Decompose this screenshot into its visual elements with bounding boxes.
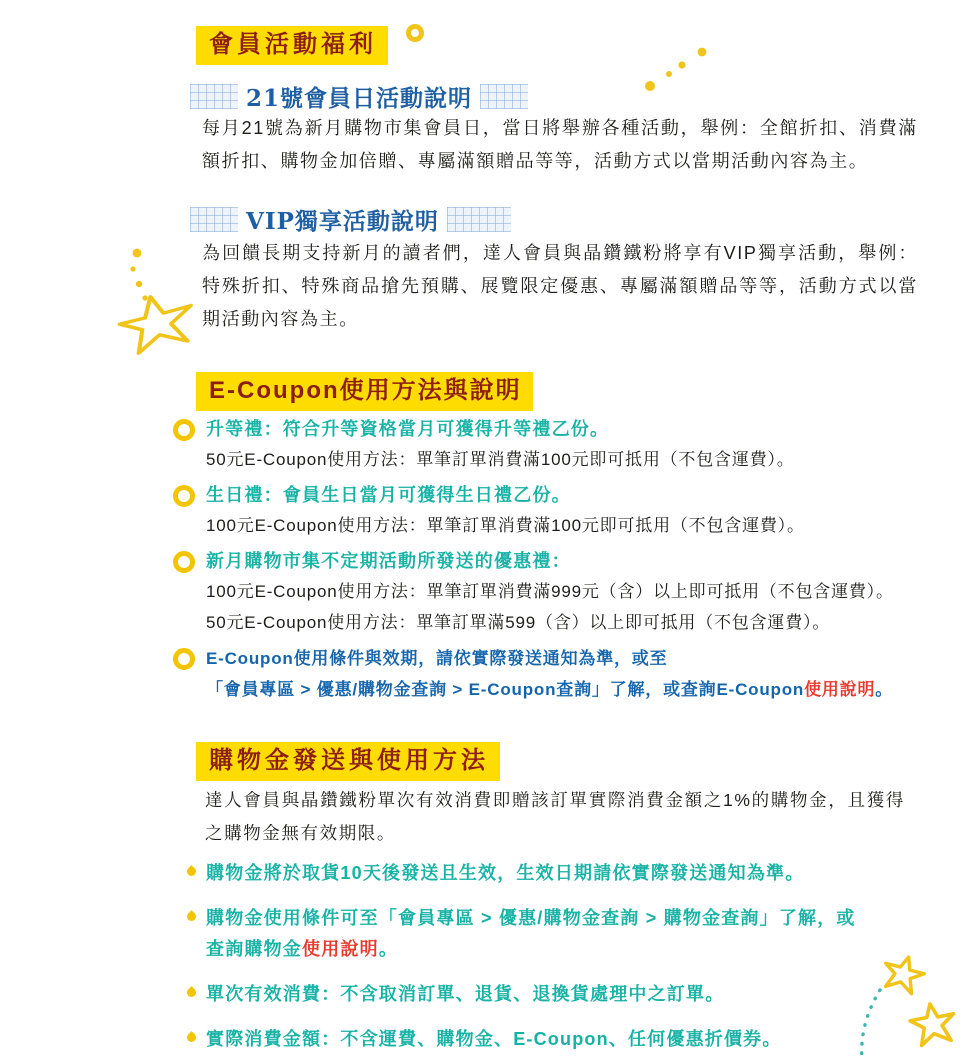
credit-bullet-text: 購物金將於取貨10天後發送且生效，生效日期請依實際發送通知為準。 <box>206 858 804 889</box>
list-item: 購物金使用條件可至「會員專區 > 優惠/購物金查詢 > 購物金查詢」了解，或查詢… <box>187 903 967 965</box>
grid-tape-icon <box>480 84 528 109</box>
list-item: E-Coupon使用條件與效期，請依實際發送通知為準，或至 「會員專區 > 優惠… <box>173 643 973 705</box>
bullet-content: 生日禮：會員生日當月可獲得生日禮乙份。 100元E-Coupon使用方法：單筆訂… <box>206 480 805 541</box>
bullet-sub: 50元E-Coupon使用方法：單筆訂單消費滿100元即可抵用（不包含運費）。 <box>206 444 795 475</box>
ecoupon-title-wrap: E-Coupon使用方法與說明 <box>196 372 533 411</box>
ring-bullet-icon <box>173 419 195 441</box>
sprout-bullet-icon <box>185 986 198 999</box>
list-item: 生日禮：會員生日當月可獲得生日禮乙份。 100元E-Coupon使用方法：單筆訂… <box>173 480 973 541</box>
credit-bullet-text: 單次有效消費：不含取消訂單、退貨、退換貨處理中之訂單。 <box>206 979 724 1010</box>
notice-line2-text: 「會員專區 > 優惠/購物金查詢 > E-Coupon查詢」了解，或查詢E-Co… <box>206 680 804 699</box>
vip-body: 為回饋長期支持新月的讀者們，達人會員與晶鑽鐵粉將享有VIP獨享活動，舉例：特殊折… <box>202 237 918 336</box>
ecoupon-title: E-Coupon使用方法與說明 <box>196 372 533 411</box>
ecoupon-bullet-list: 升等禮：符合升等資格當月可獲得升等禮乙份。 50元E-Coupon使用方法：單筆… <box>173 414 973 710</box>
bullet-content: E-Coupon使用條件與效期，請依實際發送通知為準，或至 「會員專區 > 優惠… <box>206 643 893 705</box>
notice-line2-period: 。 <box>875 680 893 699</box>
ring-bullet-icon <box>173 485 195 507</box>
credit-title: 購物金發送與使用方法 <box>196 742 500 781</box>
notice-line2: 「會員專區 > 優惠/購物金查詢 > E-Coupon查詢」了解，或查詢E-Co… <box>206 674 893 705</box>
sprout-bullet-icon <box>185 865 198 878</box>
bullet-head: 新月購物市集不定期活動所發送的優惠禮： <box>206 546 894 576</box>
day21-heading: 21號會員日活動說明 <box>190 80 528 113</box>
member-benefits-title: 會員活動福利 <box>196 26 388 65</box>
bullet-content: 升等禮：符合升等資格當月可獲得升等禮乙份。 50元E-Coupon使用方法：單筆… <box>206 414 795 475</box>
grid-tape-icon <box>190 207 238 232</box>
ring-bullet-icon <box>173 551 195 573</box>
list-item: 新月購物市集不定期活動所發送的優惠禮： 100元E-Coupon使用方法：單筆訂… <box>173 546 973 638</box>
bullet-content: 新月購物市集不定期活動所發送的優惠禮： 100元E-Coupon使用方法：單筆訂… <box>206 546 894 638</box>
grid-tape-icon <box>447 207 511 232</box>
vip-heading-text: VIP獨享活動說明 <box>246 203 439 236</box>
list-item: 單次有效消費：不含取消訂單、退貨、退換貨處理中之訂單。 <box>187 979 967 1010</box>
vip-heading: VIP獨享活動說明 <box>190 203 511 236</box>
yellow-dots-trail-icon <box>638 38 718 98</box>
credit-bullet-list: 購物金將於取貨10天後發送且生效，生效日期請依實際發送通知為準。 購物金使用條件… <box>187 858 967 1062</box>
sprout-bullet-icon <box>185 1031 198 1044</box>
credit-bullet-text: 實際消費金額：不含運費、購物金、E-Coupon、任何優惠折價券。 <box>206 1024 782 1055</box>
grid-tape-icon <box>190 84 238 109</box>
credit-bullet2-period: 。 <box>379 939 398 959</box>
bullet-sub: 50元E-Coupon使用方法：單筆訂單滿599（含）以上即可抵用（不包含運費）… <box>206 607 894 638</box>
list-item: 實際消費金額：不含運費、購物金、E-Coupon、任何優惠折價券。 <box>187 1024 967 1055</box>
ecoupon-usage-link[interactable]: 使用說明 <box>804 680 875 699</box>
sprout-bullet-icon <box>185 910 198 923</box>
bullet-sub: 100元E-Coupon使用方法：單筆訂單消費滿100元即可抵用（不包含運費）。 <box>206 510 805 541</box>
bullet-head: 升等禮：符合升等資格當月可獲得升等禮乙份。 <box>206 414 795 444</box>
credit-bullet-text: 購物金使用條件可至「會員專區 > 優惠/購物金查詢 > 購物金查詢」了解，或查詢… <box>206 903 866 965</box>
bullet-sub: 100元E-Coupon使用方法：單筆訂單消費滿999元（含）以上即可抵用（不包… <box>206 576 894 607</box>
ring-bullet-icon <box>173 648 195 670</box>
day21-heading-text: 21號會員日活動說明 <box>246 80 472 113</box>
bullet-head: 生日禮：會員生日當月可獲得生日禮乙份。 <box>206 480 805 510</box>
list-item: 購物金將於取貨10天後發送且生效，生效日期請依實際發送通知為準。 <box>187 858 967 889</box>
flower-icon <box>406 24 424 42</box>
notice-line1: E-Coupon使用條件與效期，請依實際發送通知為準，或至 <box>206 643 893 674</box>
day21-body: 每月21號為新月購物市集會員日，當日將舉辦各種活動，舉例：全館折扣、消費滿額折扣… <box>202 112 918 178</box>
page: 會員活動福利 21號會員日活動說明 每月21號為新月購物市集會員日，當日將舉辦各… <box>0 0 980 1062</box>
credit-title-wrap: 購物金發送與使用方法 <box>196 742 500 781</box>
member-benefits-title-wrap: 會員活動福利 <box>196 26 424 65</box>
credit-usage-link[interactable]: 使用說明 <box>302 939 379 959</box>
hand-drawn-star-left-icon <box>105 243 195 368</box>
list-item: 升等禮：符合升等資格當月可獲得升等禮乙份。 50元E-Coupon使用方法：單筆… <box>173 414 973 475</box>
credit-intro: 達人會員與晶鑽鐵粉單次有效消費即贈該訂單實際消費金額之1%的購物金，且獲得之購物… <box>205 784 905 850</box>
